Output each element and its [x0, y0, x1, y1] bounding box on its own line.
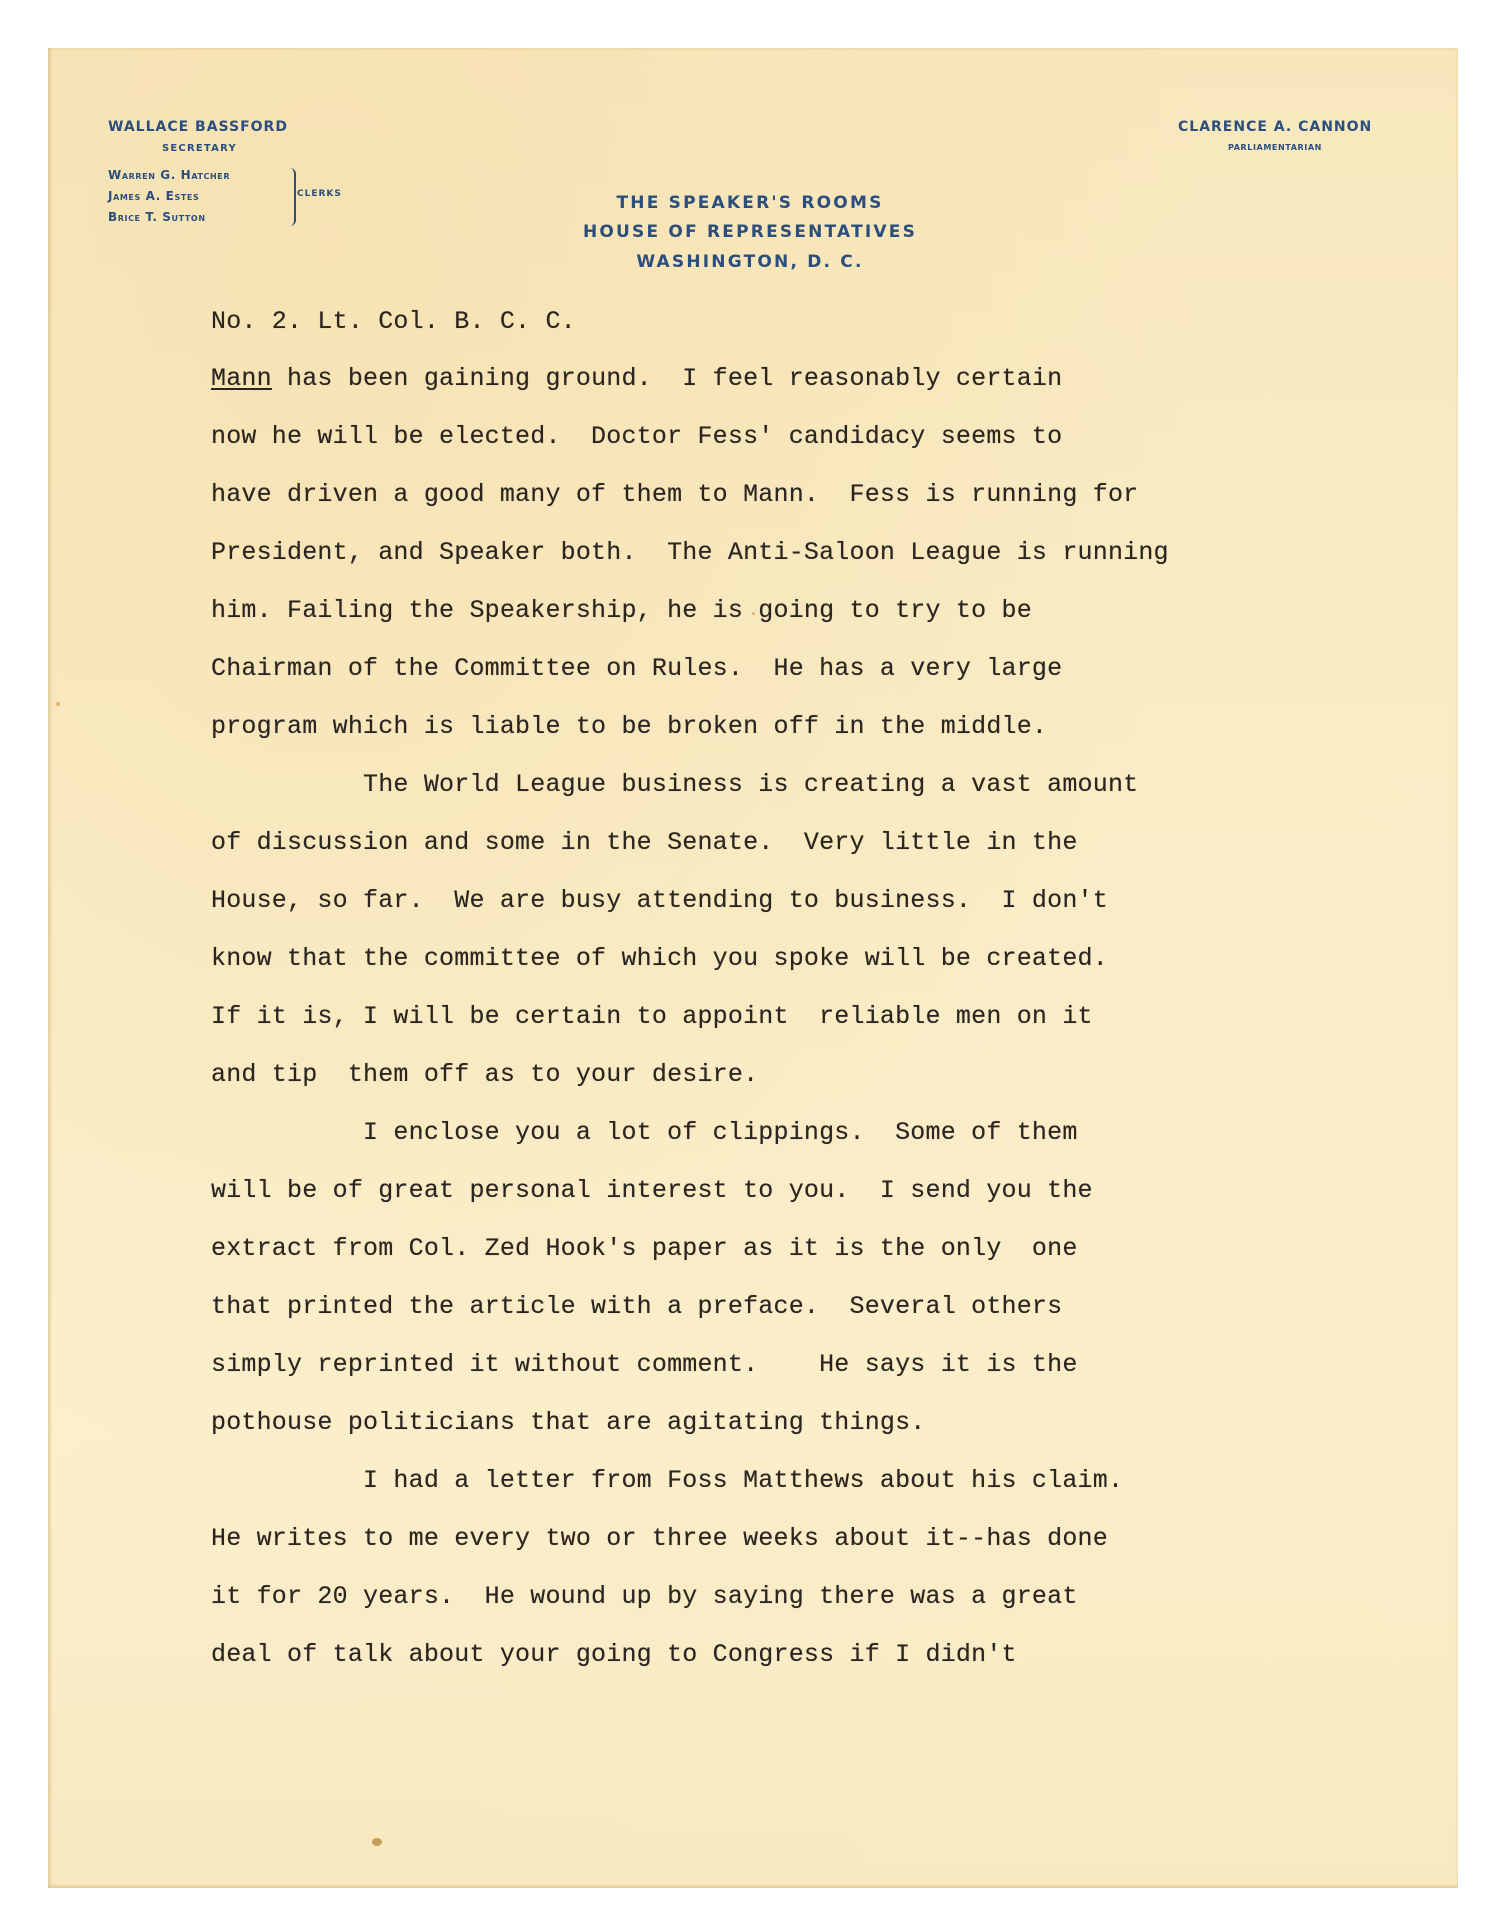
letter-line: now he will be elected. Doctor Fess' can…: [211, 422, 1062, 451]
letter-line: House, so far. We are busy attending to …: [211, 886, 1108, 915]
clerk-name: Warren G. Hatcher: [108, 165, 230, 186]
letter-line: extract from Col. Zed Hook's paper as it…: [211, 1234, 1078, 1263]
letter-line: and tip them off as to your desire.: [211, 1060, 758, 1089]
letterhead-clerks-list: Warren G. Hatcher James A. Estes Brice T…: [108, 165, 230, 228]
letter-line: of discussion and some in the Senate. Ve…: [211, 828, 1078, 857]
clerks-brace: [288, 168, 296, 226]
underlined-word: Mann: [211, 364, 272, 393]
letter-line: program which is liable to be broken off…: [211, 712, 1047, 741]
letterhead-office: THE SPEAKER'S ROOMS: [500, 193, 1000, 213]
letter-line: The World League business is creating a …: [211, 770, 1138, 799]
clerks-label: CLERKS: [297, 189, 342, 199]
letter-line: He writes to me every two or three weeks…: [211, 1524, 1108, 1553]
letterhead-parliamentarian-title: PARLIAMENTARIAN: [1228, 143, 1322, 152]
letter-line: him. Failing the Speakership, he is goin…: [211, 596, 1032, 625]
letterhead-parliamentarian-name: CLARENCE A. CANNON: [1178, 119, 1372, 135]
letter-line: that printed the article with a preface.…: [211, 1292, 1062, 1321]
letter-line: I had a letter from Foss Matthews about …: [211, 1466, 1123, 1495]
letter-line: Chairman of the Committee on Rules. He h…: [211, 654, 1062, 683]
letter-line: have driven a good many of them to Mann.…: [211, 480, 1138, 509]
paper-speck: [56, 702, 60, 706]
scanned-letter: WALLACE BASSFORD SECRETARY Warren G. Hat…: [0, 0, 1500, 1926]
letter-line: it for 20 years. He wound up by saying t…: [211, 1582, 1078, 1611]
letter-line: Mann has been gaining ground. I feel rea…: [211, 364, 1062, 393]
letter-line-text: has been gaining ground. I feel reasonab…: [272, 364, 1063, 393]
letterhead-secretary-title: SECRETARY: [162, 143, 237, 154]
letter-line: deal of talk about your going to Congres…: [211, 1640, 1017, 1669]
clerk-name: Brice T. Sutton: [108, 207, 230, 228]
letter-line: I enclose you a lot of clippings. Some o…: [211, 1118, 1078, 1147]
paper-stain: [372, 1838, 382, 1846]
letterhead-secretary-name: WALLACE BASSFORD: [108, 119, 288, 135]
letter-heading: No. 2. Lt. Col. B. C. C.: [211, 307, 576, 336]
letter-line: simply reprinted it without comment. He …: [211, 1350, 1078, 1379]
letter-line: President, and Speaker both. The Anti-Sa…: [211, 538, 1169, 567]
letterhead-house: HOUSE OF REPRESENTATIVES: [500, 222, 1000, 242]
letter-line: know that the committee of which you spo…: [211, 944, 1108, 973]
letter-line: pothouse politicians that are agitating …: [211, 1408, 926, 1437]
clerk-name: James A. Estes: [108, 186, 230, 207]
letterhead-location: WASHINGTON, D. C.: [500, 252, 1000, 272]
letter-line: will be of great personal interest to yo…: [211, 1176, 1093, 1205]
letter-line: If it is, I will be certain to appoint r…: [211, 1002, 1093, 1031]
